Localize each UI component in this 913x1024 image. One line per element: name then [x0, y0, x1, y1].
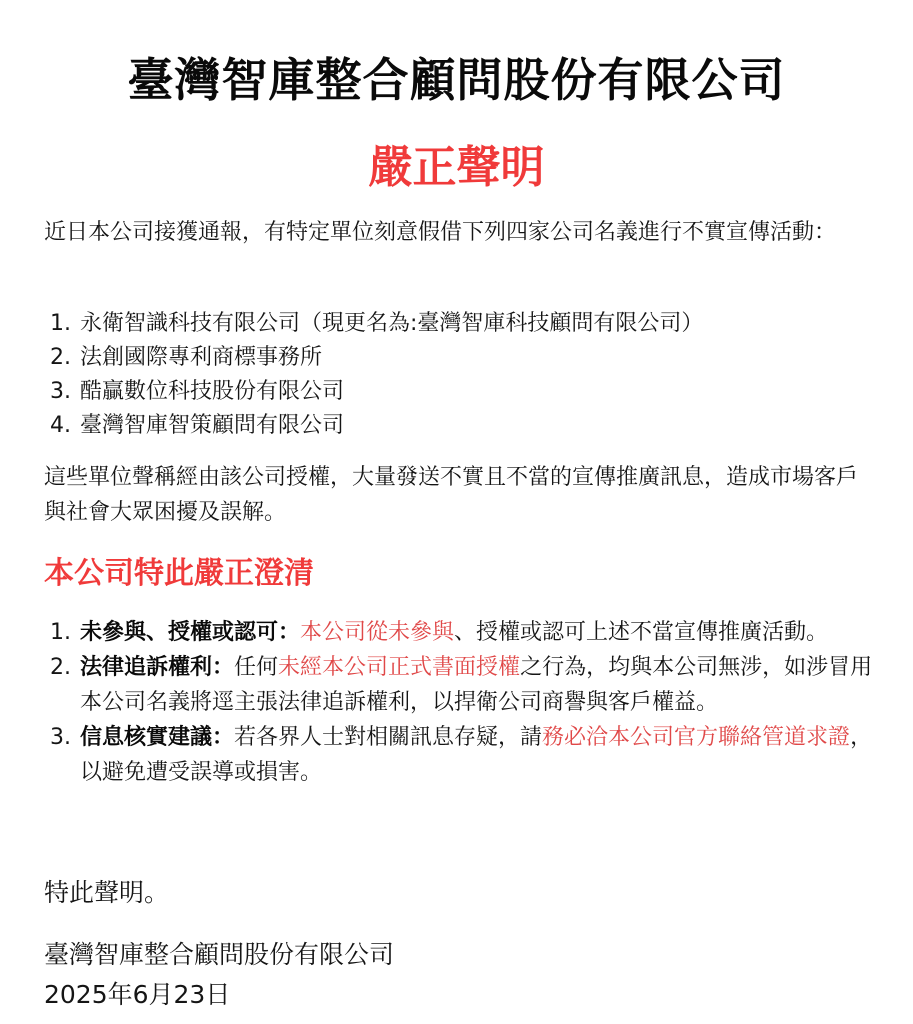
clarification-highlight: 本公司從未參與	[300, 620, 454, 645]
clarification-highlight: 務必洽本公司官方聯絡管道求證	[542, 725, 850, 750]
label-separator: ：	[278, 620, 300, 645]
company-name: 臺灣智庫智策顧問有限公司	[80, 409, 344, 443]
clarification-label: 信息核實建議	[80, 725, 212, 750]
list-item: 4. 臺灣智庫智策顧問有限公司	[50, 409, 703, 443]
list-number: 4.	[50, 409, 80, 443]
clarification-highlight: 未經本公司正式書面授權	[278, 655, 520, 680]
signature-date: 2025年6月23日	[44, 975, 394, 1015]
company-name-title: 臺灣智庫整合顧問股份有限公司	[0, 50, 913, 110]
list-item: 3. 酷贏數位科技股份有限公司	[50, 375, 703, 409]
list-number: 2.	[50, 650, 80, 685]
list-number: 2.	[50, 341, 80, 375]
clarification-label: 未參與、授權或認可	[80, 620, 278, 645]
list-number: 1.	[50, 615, 80, 650]
list-item: 2. 法創國際專利商標事務所	[50, 341, 703, 375]
list-item: 1. 永衛智識科技有限公司（現更名為:臺灣智庫科技顧問有限公司）	[50, 307, 703, 341]
closing-statement: 特此聲明。	[44, 873, 169, 913]
clarification-body: 法律追訴權利：任何未經本公司正式書面授權之行為，均與本公司無涉，如涉冒用本公司名…	[80, 650, 880, 720]
clarification-body: 信息核實建議：若各界人士對相關訊息存疑，請務必洽本公司官方聯絡管道求證，以避免遭…	[80, 720, 880, 790]
intro-paragraph: 近日本公司接獲通報，有特定單位刻意假借下列四家公司名義進行不實宣傳活動：	[44, 215, 874, 250]
clarification-text-post: 、授權或認可上述不當宣傳推廣活動。	[454, 620, 828, 645]
list-item: 3. 信息核實建議：若各界人士對相關訊息存疑，請務必洽本公司官方聯絡管道求證，以…	[50, 720, 880, 790]
clarification-label: 法律追訴權利	[80, 655, 212, 680]
company-name: 永衛智識科技有限公司（現更名為:臺灣智庫科技顧問有限公司）	[80, 307, 703, 341]
signature-block: 臺灣智庫整合顧問股份有限公司 2025年6月23日	[44, 935, 394, 1015]
company-name: 酷贏數位科技股份有限公司	[80, 375, 344, 409]
list-item: 1. 未參與、授權或認可：本公司從未參與、授權或認可上述不當宣傳推廣活動。	[50, 615, 880, 650]
label-separator: ：	[212, 655, 234, 680]
list-number: 1.	[50, 307, 80, 341]
document-title: 嚴正聲明	[0, 138, 913, 198]
label-separator: ：	[212, 725, 234, 750]
list-number: 3.	[50, 720, 80, 755]
company-name: 法創國際專利商標事務所	[80, 341, 322, 375]
clarification-body: 未參與、授權或認可：本公司從未參與、授權或認可上述不當宣傳推廣活動。	[80, 615, 880, 650]
clarification-text-pre: 任何	[234, 655, 278, 680]
explanation-paragraph: 這些單位聲稱經由該公司授權，大量發送不實且不當的宣傳推廣訊息，造成市場客戶與社會…	[44, 460, 874, 530]
list-item: 2. 法律追訴權利：任何未經本公司正式書面授權之行為，均與本公司無涉，如涉冒用本…	[50, 650, 880, 720]
impersonated-companies-list: 1. 永衛智識科技有限公司（現更名為:臺灣智庫科技顧問有限公司） 2. 法創國際…	[50, 307, 703, 443]
clarification-list: 1. 未參與、授權或認可：本公司從未參與、授權或認可上述不當宣傳推廣活動。 2.…	[50, 615, 880, 790]
clarification-heading: 本公司特此嚴正澄清	[44, 552, 314, 596]
clarification-text-pre: 若各界人士對相關訊息存疑，請	[234, 725, 542, 750]
list-number: 3.	[50, 375, 80, 409]
signature-company: 臺灣智庫整合顧問股份有限公司	[44, 935, 394, 975]
statement-page: 臺灣智庫整合顧問股份有限公司 嚴正聲明 近日本公司接獲通報，有特定單位刻意假借下…	[0, 0, 913, 1024]
